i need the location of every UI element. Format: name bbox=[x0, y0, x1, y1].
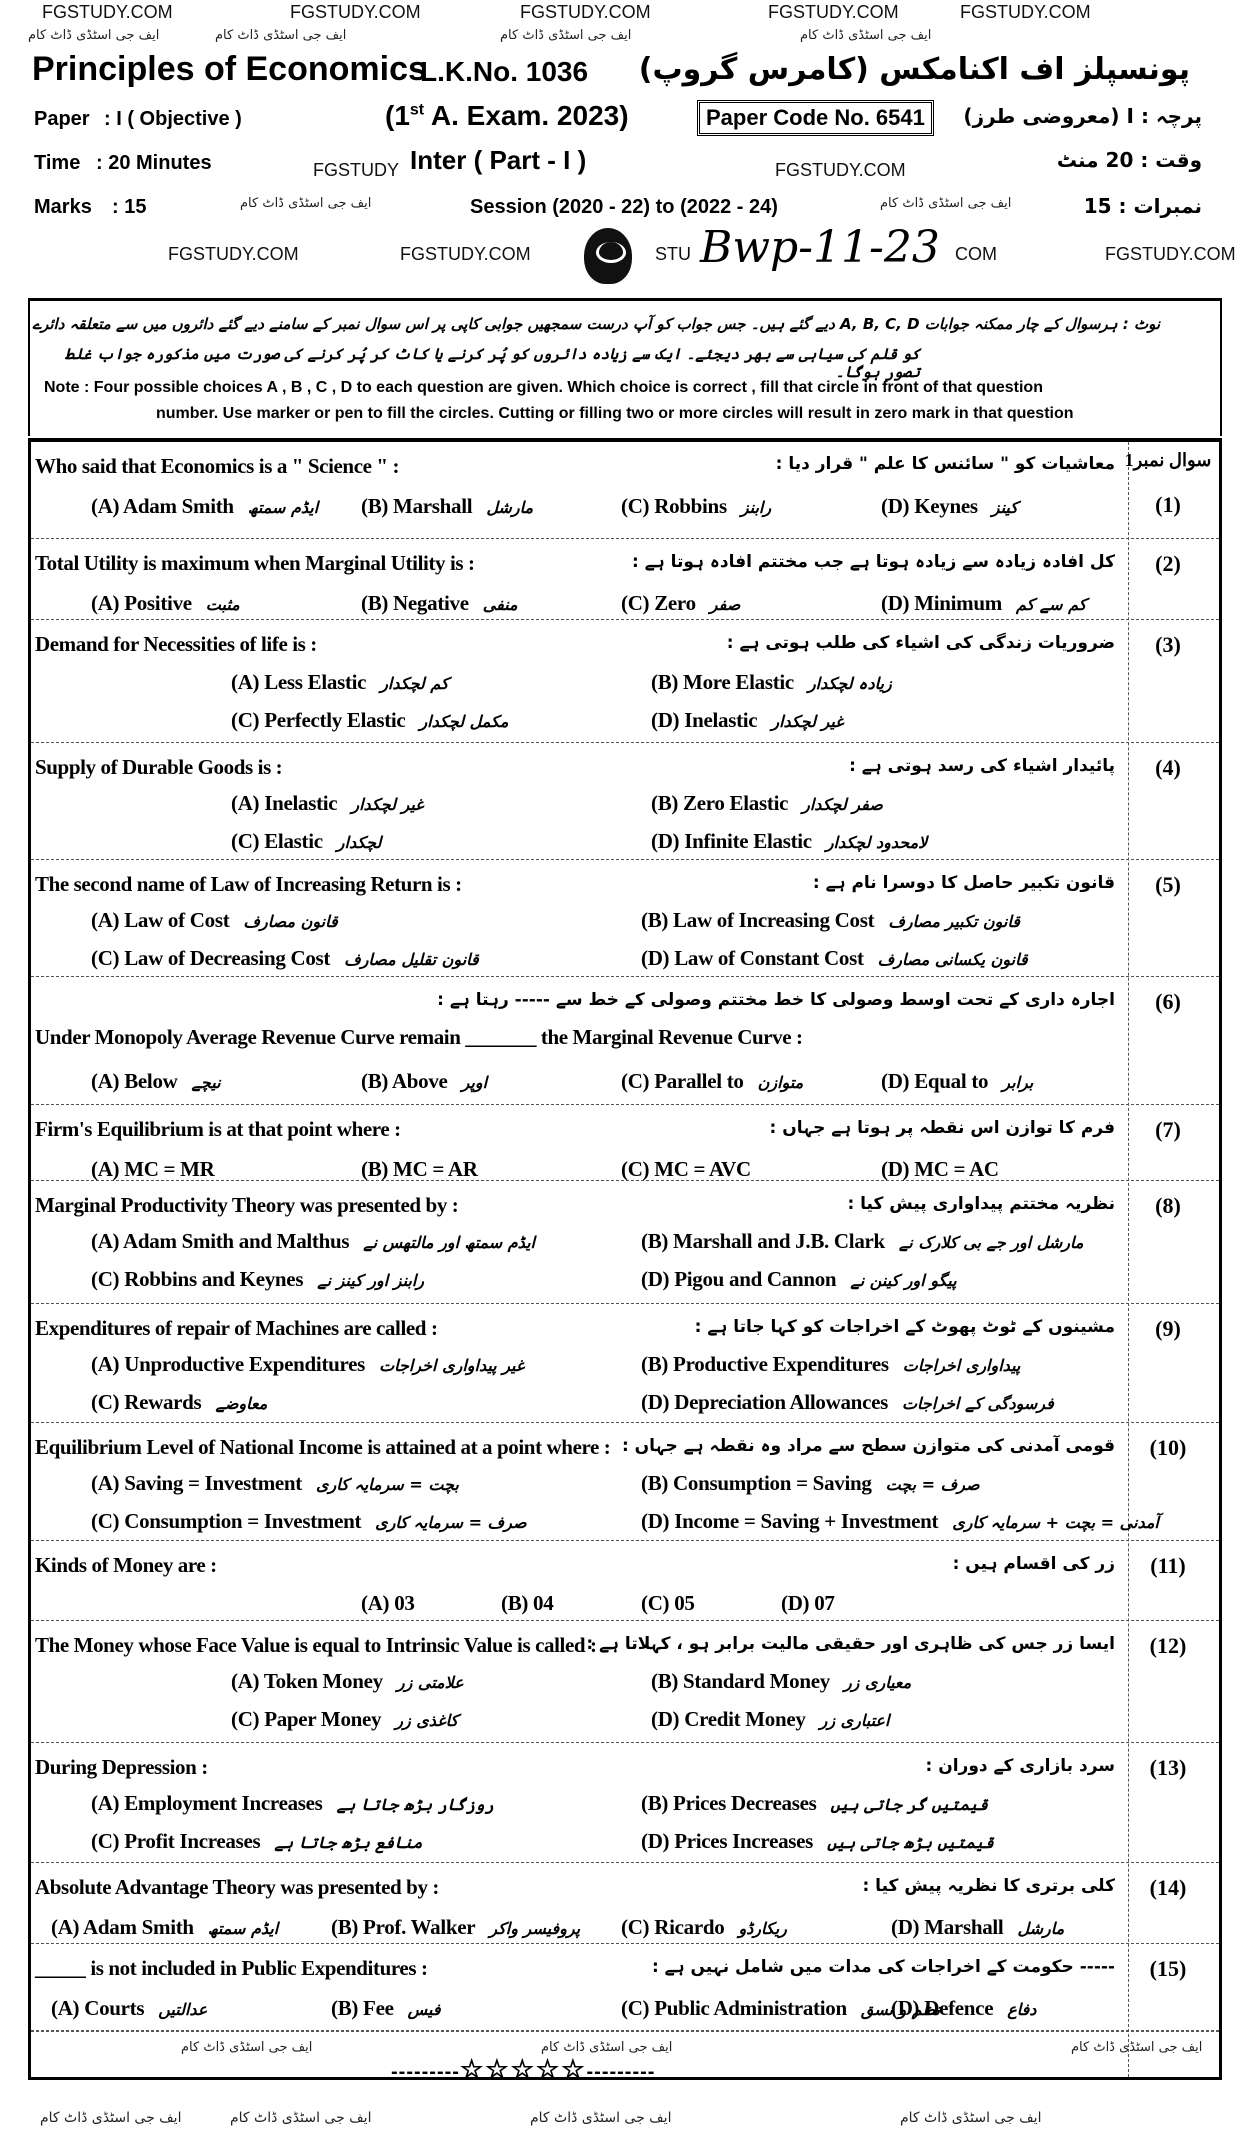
answer-option: (C) Elasticلچکدار bbox=[231, 829, 381, 854]
question-row: (15)_____ is not included in Public Expe… bbox=[31, 1944, 1219, 2031]
watermark-urdu: ایف جی اسٹڈی ڈاٹ کام bbox=[900, 2110, 1041, 2126]
question-text: Kinds of Money are : bbox=[35, 1553, 217, 1578]
watermark-urdu: ایف جی اسٹڈی ڈاٹ کام bbox=[800, 28, 931, 43]
answer-option: (D) Inelasticغیر لچکدار bbox=[651, 708, 844, 733]
option-label: (D) Defence bbox=[891, 1996, 993, 2020]
watermark-urdu: ایف جی اسٹڈی ڈاٹ کام bbox=[530, 2110, 671, 2126]
answer-option: (B) Prof. Walkerپروفیسر واکر bbox=[331, 1915, 580, 1940]
option-label-urdu: اوپر bbox=[462, 1073, 487, 1092]
watermark: FGSTUDY.COM bbox=[960, 2, 1091, 23]
option-label: (B) Zero Elastic bbox=[651, 791, 788, 815]
session: Session (2020 - 22) to (2022 - 24) bbox=[470, 196, 778, 219]
time-label: Time bbox=[34, 152, 80, 175]
option-label-urdu: پیگو اور کینن نے bbox=[850, 1271, 956, 1290]
answer-option: (D) Equal toبرابر bbox=[881, 1069, 1033, 1094]
option-label: (A) Token Money bbox=[231, 1669, 383, 1693]
question-row: (6)Under Monopoly Average Revenue Curve … bbox=[31, 977, 1219, 1105]
question-text-urdu: زر کی اقسام ہیں : bbox=[953, 1553, 1115, 1574]
option-label-urdu: قانون یکسانی مصارف bbox=[878, 950, 1028, 969]
option-label-urdu: فیس bbox=[408, 2000, 441, 2019]
note-en-line2: number. Use marker or pen to fill the ci… bbox=[156, 405, 1074, 423]
option-label: (D) Income = Saving + Investment bbox=[641, 1509, 938, 1533]
option-label: (A) Saving = Investment bbox=[91, 1471, 302, 1495]
answer-option: (C) Zeroصفر bbox=[621, 591, 740, 616]
option-label: (C) Consumption = Investment bbox=[91, 1509, 361, 1533]
option-label: (C) Robbins and Keynes bbox=[91, 1267, 303, 1291]
subject-title: Principles of Economics bbox=[32, 50, 427, 89]
option-label-urdu: لامحدود لچکدار bbox=[826, 833, 927, 852]
option-label-urdu: مثبت bbox=[206, 595, 240, 614]
answer-option: (C) Profit Increasesمنافع بڑھ جاتا ہے bbox=[91, 1829, 422, 1854]
question-number: (13) bbox=[1123, 1755, 1213, 1781]
class-title: Inter ( Part - I ) bbox=[410, 145, 586, 176]
question-text: Equilibrium Level of National Income is … bbox=[35, 1435, 610, 1460]
option-label: (A) Less Elastic bbox=[231, 670, 366, 694]
question-number: (14) bbox=[1123, 1875, 1213, 1901]
watermark-urdu: ایف جی اسٹڈی ڈاٹ کام bbox=[28, 28, 159, 43]
question-number: (1) bbox=[1123, 492, 1213, 518]
exam-sup: st bbox=[410, 102, 424, 119]
question-text-urdu: اجارہ داری کے تحت اوسط وصولی کا خط مختتم… bbox=[437, 989, 1115, 1010]
answer-option: (D) Infinite Elasticلامحدود لچکدار bbox=[651, 829, 927, 854]
option-label-urdu: فرسودگی کے اخراجات bbox=[902, 1394, 1054, 1413]
option-label-urdu: صفر لچکدار bbox=[802, 795, 883, 814]
option-label: (B) Standard Money bbox=[651, 1669, 830, 1693]
subject-title-urdu: پونسپلز اف اکنامکس (کامرس گروپ) bbox=[639, 52, 1190, 87]
option-label-urdu: ایڈم سمتھ bbox=[248, 498, 318, 517]
option-label-urdu: دفاع bbox=[1007, 2000, 1036, 2019]
question-row: سوال نمبر1(1)Who said that Economics is … bbox=[31, 442, 1219, 539]
answer-option: (D) MC = AC bbox=[881, 1157, 999, 1182]
option-label: (B) Law of Increasing Cost bbox=[641, 908, 874, 932]
option-label: (C) Public Administration bbox=[621, 1996, 847, 2020]
watermark-urdu: ایف جی اسٹڈی ڈاٹ کام bbox=[541, 2040, 672, 2055]
option-label: (D) Infinite Elastic bbox=[651, 829, 812, 853]
question-text-urdu: معاشیات کو " سائنس کا علم " قرار دیا : bbox=[776, 454, 1115, 474]
answer-option: (B) 04 bbox=[501, 1591, 553, 1616]
note-en-line1: Note : Four possible choices A , B , C ,… bbox=[44, 379, 1043, 397]
option-label-urdu: معاوضے bbox=[215, 1394, 267, 1413]
question-number: (8) bbox=[1123, 1193, 1213, 1219]
option-label: (D) Depreciation Allowances bbox=[641, 1390, 888, 1414]
question-number: (5) bbox=[1123, 872, 1213, 898]
option-label-urdu: قانون تکبیر مصارف bbox=[888, 912, 1020, 931]
watermark: STU bbox=[655, 244, 691, 265]
option-label: (B) Marshall bbox=[361, 494, 472, 518]
question-text: The Money whose Face Value is equal to I… bbox=[35, 1633, 597, 1658]
option-label: (B) 04 bbox=[501, 1591, 553, 1615]
question-text-urdu: سرد بازاری کے دوران : bbox=[926, 1755, 1116, 1776]
option-label-urdu: زیادہ لچکدار bbox=[808, 674, 892, 693]
answer-option: (C) Parallel toمتوازن bbox=[621, 1069, 803, 1094]
answer-option: (B) Prices Decreasesقیمتیں گر جاتی ہیں bbox=[641, 1791, 988, 1816]
question-text: _____ is not included in Public Expendit… bbox=[35, 1956, 428, 1981]
option-label: (C) Parallel to bbox=[621, 1069, 744, 1093]
board-logo-icon bbox=[584, 228, 632, 284]
watermark-urdu: ایف جی اسٹڈی ڈاٹ کام bbox=[500, 28, 631, 43]
option-label-urdu: منفی bbox=[483, 595, 518, 614]
question-row: (10)Equilibrium Level of National Income… bbox=[31, 1423, 1219, 1541]
question-number: (7) bbox=[1123, 1117, 1213, 1143]
question-number: (11) bbox=[1123, 1553, 1213, 1579]
option-label-urdu: منافع بڑھ جاتا ہے bbox=[274, 1833, 422, 1852]
answer-option: (A) Saving = Investmentبچت = سرمایہ کاری bbox=[91, 1471, 459, 1496]
question-number: (3) bbox=[1123, 632, 1213, 658]
paper-value: : I ( Objective ) bbox=[104, 108, 242, 131]
question-number: (10) bbox=[1123, 1435, 1213, 1461]
option-label: (B) Above bbox=[361, 1069, 448, 1093]
option-label: (A) Adam Smith and Malthus bbox=[91, 1229, 349, 1253]
option-label-urdu: پروفیسر واکر bbox=[489, 1919, 580, 1938]
question-text: The second name of Law of Increasing Ret… bbox=[35, 872, 462, 897]
option-label-urdu: ایڈم سمتھ bbox=[208, 1919, 278, 1938]
answer-option: (C) Ricardoریکارڈو bbox=[621, 1915, 787, 1940]
option-label: (C) Paper Money bbox=[231, 1707, 381, 1731]
option-label: (A) Positive bbox=[91, 591, 192, 615]
answer-option: (A) Belowنیچے bbox=[91, 1069, 221, 1094]
watermark-urdu: ایف جی اسٹڈی ڈاٹ کام bbox=[240, 196, 371, 211]
answer-option: (C) MC = AVC bbox=[621, 1157, 751, 1182]
footer: ایف جی اسٹڈی ڈاٹ کامایف جی اسٹڈی ڈاٹ کام… bbox=[31, 2031, 1219, 2082]
answer-option: (C) Robbins and Keynesرابنز اور کینز نے bbox=[91, 1267, 424, 1292]
question-text: Supply of Durable Goods is : bbox=[35, 755, 282, 780]
question-row: (9)Expenditures of repair of Machines ar… bbox=[31, 1304, 1219, 1423]
question-text-urdu: قانون تکبیر حاصل کا دوسرا نام ہے : bbox=[813, 872, 1115, 893]
option-label: (B) More Elastic bbox=[651, 670, 794, 694]
answer-option: (A) Less Elasticکم لچکدار bbox=[231, 670, 449, 695]
exam-rest: A. Exam. 2023) bbox=[424, 100, 628, 131]
option-label: (B) Productive Expenditures bbox=[641, 1352, 889, 1376]
question-text: Demand for Necessities of life is : bbox=[35, 632, 317, 657]
watermark-urdu: ایف جی اسٹڈی ڈاٹ کام bbox=[880, 196, 1011, 211]
option-label-urdu: کم لچکدار bbox=[380, 674, 448, 693]
question-number: (9) bbox=[1123, 1316, 1213, 1342]
question-number: (12) bbox=[1123, 1633, 1213, 1659]
answer-option: (B) Zero Elasticصفر لچکدار bbox=[651, 791, 883, 816]
option-label: (C) Ricardo bbox=[621, 1915, 724, 1939]
option-label: (A) Employment Increases bbox=[91, 1791, 323, 1815]
question-text-urdu: پائیدار اشیاء کی رسد ہوتی ہے : bbox=[849, 755, 1115, 776]
answer-option: (C) Paper Moneyکاغذی زر bbox=[231, 1707, 458, 1732]
time-value: : 20 Minutes bbox=[96, 152, 212, 175]
option-label: (C) Rewards bbox=[91, 1390, 201, 1414]
watermark-urdu: ایف جی اسٹڈی ڈاٹ کام bbox=[181, 2040, 312, 2055]
time-urdu: وقت : 20 منٹ bbox=[1057, 148, 1202, 172]
option-label-urdu: لچکدار bbox=[337, 833, 382, 852]
question-text-urdu: قومی آمدنی کی متوازن سطح سے مراد وہ نقطہ… bbox=[622, 1435, 1115, 1456]
option-label-urdu: اعتباری زر bbox=[820, 1711, 890, 1730]
question-row: (7)Firm's Equilibrium is at that point w… bbox=[31, 1105, 1219, 1181]
question-text-urdu: کلی برتری کا نظریہ پیش کیا : bbox=[862, 1875, 1115, 1896]
option-label: (A) Adam Smith bbox=[91, 494, 234, 518]
option-label-urdu: غیر لچکدار bbox=[771, 712, 843, 731]
option-label-urdu: غیر پیداواری اخراجات bbox=[379, 1356, 524, 1375]
answer-option: (A) Courtsعدالتیں bbox=[51, 1996, 207, 2021]
option-label: (C) Perfectly Elastic bbox=[231, 708, 405, 732]
answer-option: (A) Adam Smithایڈم سمتھ bbox=[91, 494, 318, 519]
option-label: (C) Elastic bbox=[231, 829, 323, 853]
watermark: FGSTUDY.COM bbox=[290, 2, 421, 23]
answer-option: (D) Income = Saving + Investmentآمدنی = … bbox=[641, 1509, 1159, 1534]
question-number: (4) bbox=[1123, 755, 1213, 781]
answer-option: (A) Token Moneyعلامتی زر bbox=[231, 1669, 464, 1694]
option-label-urdu: رابنز bbox=[741, 498, 771, 517]
answer-option: (B) Law of Increasing Costقانون تکبیر مص… bbox=[641, 908, 1020, 933]
option-label: (B) Marshall and J.B. Clark bbox=[641, 1229, 885, 1253]
option-label: (C) 05 bbox=[641, 1591, 695, 1615]
option-label-urdu: قیمتیں بڑھ جاتی ہیں bbox=[827, 1833, 994, 1852]
question-text-urdu: فرم کا توازن اس نقطہ پر ہوتا ہے جہاں : bbox=[770, 1117, 1115, 1138]
answer-option: (B) MC = AR bbox=[361, 1157, 478, 1182]
question-row: (11)Kinds of Money are :زر کی اقسام ہیں … bbox=[31, 1541, 1219, 1621]
option-label-urdu: قیمتیں گر جاتی ہیں bbox=[831, 1795, 988, 1814]
option-label-urdu: رابنز اور کینز نے bbox=[317, 1271, 424, 1290]
note-urdu-line1: نوٹ : ہرسوال کے چار ممکنہ جوابات A, B, C… bbox=[32, 315, 1160, 333]
answer-option: (D) 07 bbox=[781, 1591, 835, 1616]
question-text: During Depression : bbox=[35, 1755, 208, 1780]
option-label-urdu: ریکارڈو bbox=[738, 1919, 786, 1938]
watermark: FGSTUDY.COM bbox=[42, 2, 173, 23]
paper-code-box: Paper Code No. 6541 bbox=[697, 100, 934, 136]
question-row: (3)Demand for Necessities of life is :ضر… bbox=[31, 620, 1219, 743]
option-label-urdu: آمدنی = بچت + سرمایہ کاری bbox=[952, 1513, 1159, 1532]
paper-label: Paper bbox=[34, 108, 90, 131]
option-label-urdu: کاغذی زر bbox=[395, 1711, 458, 1730]
answer-option: (B) Marshall and J.B. Clarkمارشل اور جے … bbox=[641, 1229, 1083, 1254]
option-label-urdu: مارشل bbox=[1017, 1919, 1064, 1938]
question-text: Under Monopoly Average Revenue Curve rem… bbox=[35, 1025, 803, 1050]
option-label-urdu: نیچے bbox=[192, 1073, 221, 1092]
option-label: (D) MC = AC bbox=[881, 1157, 999, 1181]
question-row: (4)Supply of Durable Goods is :پائیدار ا… bbox=[31, 743, 1219, 860]
option-label: (A) MC = MR bbox=[91, 1157, 215, 1181]
answer-option: (A) MC = MR bbox=[91, 1157, 215, 1182]
option-label-urdu: پیداواری اخراجات bbox=[903, 1356, 1021, 1375]
option-label: (A) Unproductive Expenditures bbox=[91, 1352, 365, 1376]
answer-option: (D) Marshallمارشل bbox=[891, 1915, 1064, 1940]
lk-number: L.K.No. 1036 bbox=[420, 56, 588, 88]
option-label-urdu: صرف = سرمایہ کاری bbox=[375, 1513, 526, 1532]
answer-option: (C) 05 bbox=[641, 1591, 695, 1616]
answer-option: (A) Positiveمثبت bbox=[91, 591, 240, 616]
answer-option: (B) Feeفیس bbox=[331, 1996, 441, 2021]
question-row: (14)Absolute Advantage Theory was presen… bbox=[31, 1863, 1219, 1944]
option-label-urdu: قانون مصارف bbox=[243, 912, 337, 931]
watermark: FGSTUDY bbox=[313, 160, 399, 181]
option-label-urdu: مارشل bbox=[486, 498, 533, 517]
option-label: (D) Keynes bbox=[881, 494, 978, 518]
option-label-urdu: مارشل اور جے بی کلارک نے bbox=[899, 1233, 1084, 1252]
marks-urdu: نمبرات : 15 bbox=[1084, 194, 1202, 218]
option-label-urdu: کم سے کم bbox=[1016, 595, 1086, 614]
watermark: FGSTUDY.COM bbox=[768, 2, 899, 23]
answer-option: (B) More Elasticزیادہ لچکدار bbox=[651, 670, 892, 695]
answer-option: (A) Employment Increasesروزگار بڑھ جاتا … bbox=[91, 1791, 494, 1816]
option-label-urdu: کینز bbox=[992, 498, 1018, 517]
option-label: (D) Marshall bbox=[891, 1915, 1003, 1939]
answer-option: (B) Standard Moneyمعیاری زر bbox=[651, 1669, 911, 1694]
option-label: (C) Zero bbox=[621, 591, 696, 615]
question-text: Marginal Productivity Theory was present… bbox=[35, 1193, 458, 1218]
option-label: (D) Equal to bbox=[881, 1069, 988, 1093]
answer-option: (B) Consumption = Savingصرف = بچت bbox=[641, 1471, 980, 1496]
answer-option: (A) Adam Smithایڈم سمتھ bbox=[51, 1915, 278, 1940]
answer-option: (B) Marshallمارشل bbox=[361, 494, 533, 519]
note-urdu-line2: کو قلم کی سیاہی سے بھر دیجئے۔ ایک سے زیا… bbox=[30, 345, 920, 381]
question-text-urdu: ایسا زر جس کی ظاہری اور حقیقی مالیت براب… bbox=[586, 1633, 1115, 1654]
question-number: (6) bbox=[1123, 989, 1213, 1015]
option-label-urdu: عدالتیں bbox=[158, 2000, 207, 2019]
option-label: (B) MC = AR bbox=[361, 1157, 478, 1181]
answer-option: (D) Law of Constant Costقانون یکسانی مصا… bbox=[641, 946, 1028, 971]
option-label: (A) Inelastic bbox=[231, 791, 337, 815]
question-text: Absolute Advantage Theory was presented … bbox=[35, 1875, 439, 1900]
option-label-urdu: بچت = سرمایہ کاری bbox=[316, 1475, 459, 1494]
option-label: (C) Law of Decreasing Cost bbox=[91, 946, 330, 970]
marks-label: Marks bbox=[34, 196, 92, 219]
option-label: (A) Adam Smith bbox=[51, 1915, 194, 1939]
answer-option: (D) Prices Increasesقیمتیں بڑھ جاتی ہیں bbox=[641, 1829, 994, 1854]
option-label: (D) 07 bbox=[781, 1591, 835, 1615]
answer-option: (A) Adam Smith and Malthusایڈم سمتھ اور … bbox=[91, 1229, 535, 1254]
question-text-urdu: مشینوں کے ٹوٹ پھوٹ کے اخراجات کو کہا جات… bbox=[695, 1316, 1115, 1337]
answer-option: (D) Defenceدفاع bbox=[891, 1996, 1036, 2021]
option-label: (D) Law of Constant Cost bbox=[641, 946, 864, 970]
watermark: FGSTUDY.COM bbox=[168, 244, 299, 265]
answer-option: (D) Minimumکم سے کم bbox=[881, 591, 1086, 616]
question-text-urdu: نظریہ مختتم پیداواری پیش کیا : bbox=[847, 1193, 1115, 1214]
watermark: FGSTUDY.COM bbox=[400, 244, 531, 265]
option-label: (D) Inelastic bbox=[651, 708, 757, 732]
option-label-urdu: صرف = بچت bbox=[886, 1475, 980, 1494]
answer-option: (C) Law of Decreasing Costقانون تقلیل مص… bbox=[91, 946, 479, 971]
watermark-urdu: ایف جی اسٹڈی ڈاٹ کام bbox=[215, 28, 346, 43]
watermark-urdu: ایف جی اسٹڈی ڈاٹ کام bbox=[1071, 2040, 1202, 2055]
answer-option: (A) Law of Costقانون مصارف bbox=[91, 908, 338, 933]
option-label: (B) Prof. Walker bbox=[331, 1915, 475, 1939]
instructions-box: نوٹ : ہرسوال کے چار ممکنہ جوابات A, B, C… bbox=[28, 298, 1222, 436]
option-label-urdu: روزگار بڑھ جاتا ہے bbox=[337, 1795, 494, 1814]
end-of-paper-stars: ---------☆☆☆☆☆--------- bbox=[391, 2054, 655, 2085]
option-label: (A) Below bbox=[91, 1069, 178, 1093]
option-label: (D) Pigou and Cannon bbox=[641, 1267, 836, 1291]
option-label: (B) Fee bbox=[331, 1996, 394, 2020]
watermark: COM bbox=[955, 244, 997, 265]
option-label: (A) 03 bbox=[361, 1591, 415, 1615]
question-text: Total Utility is maximum when Marginal U… bbox=[35, 551, 475, 576]
answer-option: (C) Robbinsرابنز bbox=[621, 494, 771, 519]
answer-option: (C) Perfectly Elasticمکمل لچکدار bbox=[231, 708, 508, 733]
option-label-urdu: مکمل لچکدار bbox=[419, 712, 508, 731]
question-number: (2) bbox=[1123, 551, 1213, 577]
option-label: (B) Prices Decreases bbox=[641, 1791, 817, 1815]
option-label-urdu: غیر لچکدار bbox=[351, 795, 423, 814]
question-row: (13)During Depression :سرد بازاری کے دور… bbox=[31, 1743, 1219, 1863]
answer-option: (D) Depreciation Allowancesفرسودگی کے اخ… bbox=[641, 1390, 1054, 1415]
option-label: (D) Credit Money bbox=[651, 1707, 806, 1731]
option-label-urdu: معیاری زر bbox=[844, 1673, 911, 1692]
answer-option: (B) Negativeمنفی bbox=[361, 591, 518, 616]
option-label-urdu: برابر bbox=[1002, 1073, 1033, 1092]
watermark-urdu: ایف جی اسٹڈی ڈاٹ کام bbox=[230, 2110, 371, 2126]
answer-option: (C) Rewardsمعاوضے bbox=[91, 1390, 267, 1415]
answer-option: (A) Inelasticغیر لچکدار bbox=[231, 791, 424, 816]
watermark: FGSTUDY.COM bbox=[1105, 244, 1236, 265]
exam-title: (1st A. Exam. 2023) bbox=[385, 100, 629, 132]
exam-prefix: (1 bbox=[385, 100, 410, 131]
question-row: (12)The Money whose Face Value is equal … bbox=[31, 1621, 1219, 1743]
answer-option: (D) Pigou and Cannonپیگو اور کینن نے bbox=[641, 1267, 957, 1292]
answer-option: (A) Unproductive Expendituresغیر پیداوار… bbox=[91, 1352, 524, 1377]
questions-table: سوال نمبر1(1)Who said that Economics is … bbox=[28, 438, 1222, 2080]
option-label: (D) Minimum bbox=[881, 591, 1002, 615]
answer-option: (D) Keynesکینز bbox=[881, 494, 1018, 519]
option-label: (C) MC = AVC bbox=[621, 1157, 751, 1181]
option-label-urdu: ایڈم سمتھ اور مالتھس نے bbox=[363, 1233, 535, 1252]
question-text-urdu: کل افادہ زیادہ سے زیادہ ہوتا ہے جب مختتم… bbox=[632, 551, 1115, 572]
option-label-urdu: صفر bbox=[710, 595, 741, 614]
question-text: Expenditures of repair of Machines are c… bbox=[35, 1316, 438, 1341]
watermark: FGSTUDY.COM bbox=[775, 160, 906, 181]
answer-option: (C) Consumption = Investmentصرف = سرمایہ… bbox=[91, 1509, 527, 1534]
watermark: FGSTUDY.COM bbox=[520, 2, 651, 23]
answer-option: (B) Productive Expendituresپیداواری اخرا… bbox=[641, 1352, 1020, 1377]
handwritten-note: Bwp-11-23 bbox=[700, 222, 940, 273]
question-text: Who said that Economics is a " Science "… bbox=[35, 454, 399, 479]
question-text-urdu: ----- حکومت کے اخراجات کی مدات میں شامل … bbox=[652, 1956, 1115, 1977]
watermark-urdu: ایف جی اسٹڈی ڈاٹ کام bbox=[40, 2110, 181, 2126]
option-label: (A) Law of Cost bbox=[91, 908, 229, 932]
paper-urdu: پرچہ : I (معروضی طرز) bbox=[963, 104, 1202, 128]
question-number: (15) bbox=[1123, 1956, 1213, 1982]
answer-option: (D) Credit Moneyاعتباری زر bbox=[651, 1707, 889, 1732]
question-row: (2)Total Utility is maximum when Margina… bbox=[31, 539, 1219, 620]
answer-option: (A) 03 bbox=[361, 1591, 415, 1616]
option-label: (D) Prices Increases bbox=[641, 1829, 813, 1853]
option-label: (C) Robbins bbox=[621, 494, 727, 518]
option-label: (B) Negative bbox=[361, 591, 469, 615]
question-row: (5)The second name of Law of Increasing … bbox=[31, 860, 1219, 977]
option-label: (B) Consumption = Saving bbox=[641, 1471, 872, 1495]
question-row: (8)Marginal Productivity Theory was pres… bbox=[31, 1181, 1219, 1304]
answer-option: (B) Aboveاوپر bbox=[361, 1069, 487, 1094]
question-header-urdu: سوال نمبر1 bbox=[1123, 450, 1213, 471]
option-label-urdu: قانون تقلیل مصارف bbox=[344, 950, 479, 969]
option-label-urdu: متوازن bbox=[758, 1073, 804, 1092]
option-label: (A) Courts bbox=[51, 1996, 144, 2020]
option-label-urdu: علامتی زر bbox=[397, 1673, 464, 1692]
option-label: (C) Profit Increases bbox=[91, 1829, 260, 1853]
marks-value: : 15 bbox=[112, 196, 146, 219]
question-text-urdu: ضروریات زندگی کی اشیاء کی طلب ہوتی ہے : bbox=[727, 632, 1115, 653]
question-text: Firm's Equilibrium is at that point wher… bbox=[35, 1117, 401, 1142]
